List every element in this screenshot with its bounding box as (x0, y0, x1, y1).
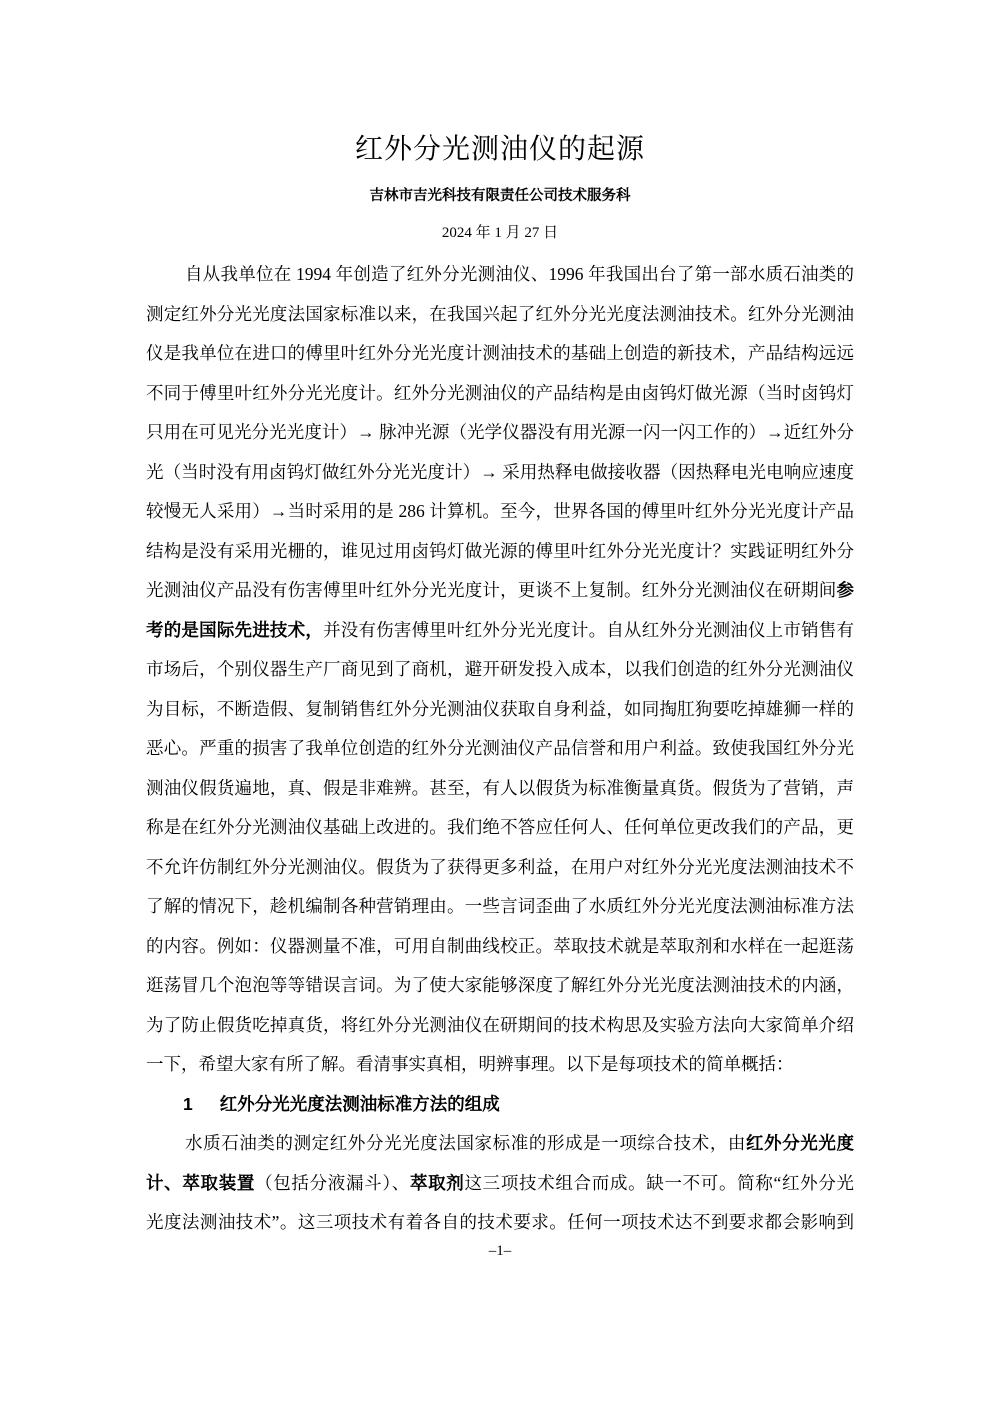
text-line: 自从我单位在 1994 年创造了红外分光测油仪、1996 年我国出台了第一部水质… (146, 255, 854, 295)
text-line: 结构是没有采用光栅的，谁见过用卤钨灯做光源的傅里叶红外分光光度计？实践证明红外分 (146, 532, 854, 572)
text-segment: 参 (837, 580, 855, 600)
text-segment: 计、萃取装置 (146, 1173, 255, 1193)
text-segment: 光测油仪产品没有伤害傅里叶红外分光光度计，更谈不上复制。红外分光测油仪在研期间 (146, 580, 837, 600)
text-segment: 恶心。严重的损害了我单位创造的红外分光测油仪产品信誉和用户利益。致使我国红外分光 (146, 738, 854, 758)
text-line: 测油仪假货遍地，真、假是非难辨。甚至，有人以假货为标准衡量真货。假货为了营销，声 (146, 769, 854, 809)
text-line: 不允许仿制红外分光测油仪。假货为了获得更多利益，在用户对红外分光光度法测油技术不 (146, 848, 854, 888)
text-line: 较慢无人采用）→当时采用的是 286 计算机。至今，世界各国的傅里叶红外分光光度… (146, 492, 854, 532)
text-segment: 市场后，个别仪器生产厂商见到了商机，避开研发投入成本，以我们创造的红外分光测油仪 (146, 659, 854, 679)
text-line: 称是在红外分光测油仪基础上改进的。我们绝不答应任何人、任何单位更改我们的产品，更 (146, 808, 854, 848)
text-segment: 这三项技术组合而成。缺一不可。简称“红外分光 (464, 1173, 854, 1193)
text-line: 一下，希望大家有所了解。看清事实真相，明辨事理。以下是每项技术的简单概括： (146, 1045, 854, 1085)
text-segment: 红外分光光度 (746, 1133, 854, 1153)
text-segment: 红外分光光度法测油标准方法的组成 (220, 1094, 500, 1114)
text-line: 为目标，不断造假、复制销售红外分光测油仪获取自身利益，如同掏肛狗要吃掉雄狮一样的 (146, 690, 854, 730)
document-page: 红外分光测油仪的起源 吉林市吉光科技有限责任公司技术服务科 2024 年 1 月… (0, 0, 1000, 1414)
text-segment: 为目标，不断造假、复制销售红外分光测油仪获取自身利益，如同掏肛狗要吃掉雄狮一样的 (146, 699, 854, 719)
section-heading: 1红外分光光度法测油标准方法的组成 (146, 1085, 854, 1125)
text-line: 市场后，个别仪器生产厂商见到了商机，避开研发投入成本，以我们创造的红外分光测油仪 (146, 650, 854, 690)
text-segment: 自从我单位在 1994 年创造了红外分光测油仪、1996 年我国出台了第一部水质… (185, 264, 854, 284)
text-segment: 只用在可见光分光光度计）→ 脉冲光源（光学仪器没有用光源一闪一闪工作的）→近红外… (146, 422, 854, 442)
text-segment: 了解的情况下，趁机编制各种营销理由。一些言词歪曲了水质红外分光光度法测油标准方法 (146, 896, 854, 916)
text-segment: 并没有伤害傅里叶红外分光光度计。自从红外分光测油仪上市销售有 (323, 620, 854, 640)
text-segment: 测油仪假货遍地，真、假是非难辨。甚至，有人以假货为标准衡量真货。假货为了营销，声 (146, 778, 854, 798)
text-segment: 较慢无人采用）→当时采用的是 286 计算机。至今，世界各国的傅里叶红外分光光度… (146, 501, 854, 521)
text-segment: 考的是国际先进技术， (146, 620, 323, 640)
text-segment: 不同于傅里叶红外分光光度计。红外分光测油仪的产品结构是由卤钨灯做光源（当时卤钨灯 (146, 383, 854, 403)
text-segment: 称是在红外分光测油仪基础上改进的。我们绝不答应任何人、任何单位更改我们的产品，更 (146, 817, 854, 837)
text-line: 了解的情况下，趁机编制各种营销理由。一些言词歪曲了水质红外分光光度法测油标准方法 (146, 887, 854, 927)
text-segment: 为了防止假货吃掉真货，将红外分光测油仪在研期间的技术构思及实验方法向大家简单介绍 (146, 1015, 854, 1035)
text-line: 只用在可见光分光光度计）→ 脉冲光源（光学仪器没有用光源一闪一闪工作的）→近红外… (146, 413, 854, 453)
text-line: 光度法测油技术”。这三项技术有着各自的技术要求。任何一项技术达不到要求都会影响到 (146, 1203, 854, 1243)
text-line: 光（当时没有用卤钨灯做红外分光光度计）→ 采用热释电做接收器（因热释电光电响应速… (146, 453, 854, 493)
text-segment: 光度法测油技术”。这三项技术有着各自的技术要求。任何一项技术达不到要求都会影响到 (146, 1212, 854, 1232)
document-author: 吉林市吉光科技有限责任公司技术服务科 (0, 184, 1000, 205)
text-segment: 仪是我单位在进口的傅里叶红外分光光度计测油技术的基础上创造的新技术，产品结构远远 (146, 343, 854, 363)
text-line: 考的是国际先进技术，并没有伤害傅里叶红外分光光度计。自从红外分光测油仪上市销售有 (146, 611, 854, 651)
page-number: –1– (0, 1243, 1000, 1260)
document-date: 2024 年 1 月 27 日 (0, 221, 1000, 242)
text-segment: 的内容。例如：仪器测量不准，可用自制曲线校正。萃取技术就是萃取剂和水样在一起逛荡 (146, 936, 854, 956)
document-title: 红外分光测油仪的起源 (0, 127, 1000, 167)
text-segment: 逛荡冒几个泡泡等等错误言词。为了使大家能够深度了解红外分光光度法测油技术的内涵， (146, 975, 854, 995)
text-line: 测定红外分光光度法国家标准以来，在我国兴起了红外分光光度法测油技术。红外分光测油 (146, 295, 854, 335)
text-segment: 结构是没有采用光栅的，谁见过用卤钨灯做光源的傅里叶红外分光光度计？实践证明红外分 (146, 541, 854, 561)
text-segment: 一下，希望大家有所了解。看清事实真相，明辨事理。以下是每项技术的简单概括： (146, 1054, 794, 1074)
text-segment: 光（当时没有用卤钨灯做红外分光光度计）→ 采用热释电做接收器（因热释电光电响应速… (146, 462, 854, 482)
text-line: 仪是我单位在进口的傅里叶红外分光光度计测油技术的基础上创造的新技术，产品结构远远 (146, 334, 854, 374)
text-segment: 水质石油类的测定红外分光光度法国家标准的形成是一项综合技术，由 (185, 1133, 746, 1153)
text-line: 水质石油类的测定红外分光光度法国家标准的形成是一项综合技术，由红外分光光度 (146, 1124, 854, 1164)
text-segment: 不允许仿制红外分光测油仪。假货为了获得更多利益，在用户对红外分光光度法测油技术不 (146, 857, 854, 877)
text-segment: （包括分液漏斗）、 (255, 1173, 410, 1193)
document-body: 自从我单位在 1994 年创造了红外分光测油仪、1996 年我国出台了第一部水质… (146, 255, 854, 1243)
text-segment: 萃取剂 (410, 1173, 465, 1193)
heading-number: 1 (183, 1094, 193, 1114)
text-line: 的内容。例如：仪器测量不准，可用自制曲线校正。萃取技术就是萃取剂和水样在一起逛荡 (146, 927, 854, 967)
text-segment: 测定红外分光光度法国家标准以来，在我国兴起了红外分光光度法测油技术。红外分光测油 (146, 304, 854, 324)
text-line: 不同于傅里叶红外分光光度计。红外分光测油仪的产品结构是由卤钨灯做光源（当时卤钨灯 (146, 374, 854, 414)
text-line: 逛荡冒几个泡泡等等错误言词。为了使大家能够深度了解红外分光光度法测油技术的内涵， (146, 966, 854, 1006)
text-line: 恶心。严重的损害了我单位创造的红外分光测油仪产品信誉和用户利益。致使我国红外分光 (146, 729, 854, 769)
text-line: 光测油仪产品没有伤害傅里叶红外分光光度计，更谈不上复制。红外分光测油仪在研期间参 (146, 571, 854, 611)
text-line: 为了防止假货吃掉真货，将红外分光测油仪在研期间的技术构思及实验方法向大家简单介绍 (146, 1006, 854, 1046)
text-line: 计、萃取装置（包括分液漏斗）、萃取剂这三项技术组合而成。缺一不可。简称“红外分光 (146, 1164, 854, 1204)
